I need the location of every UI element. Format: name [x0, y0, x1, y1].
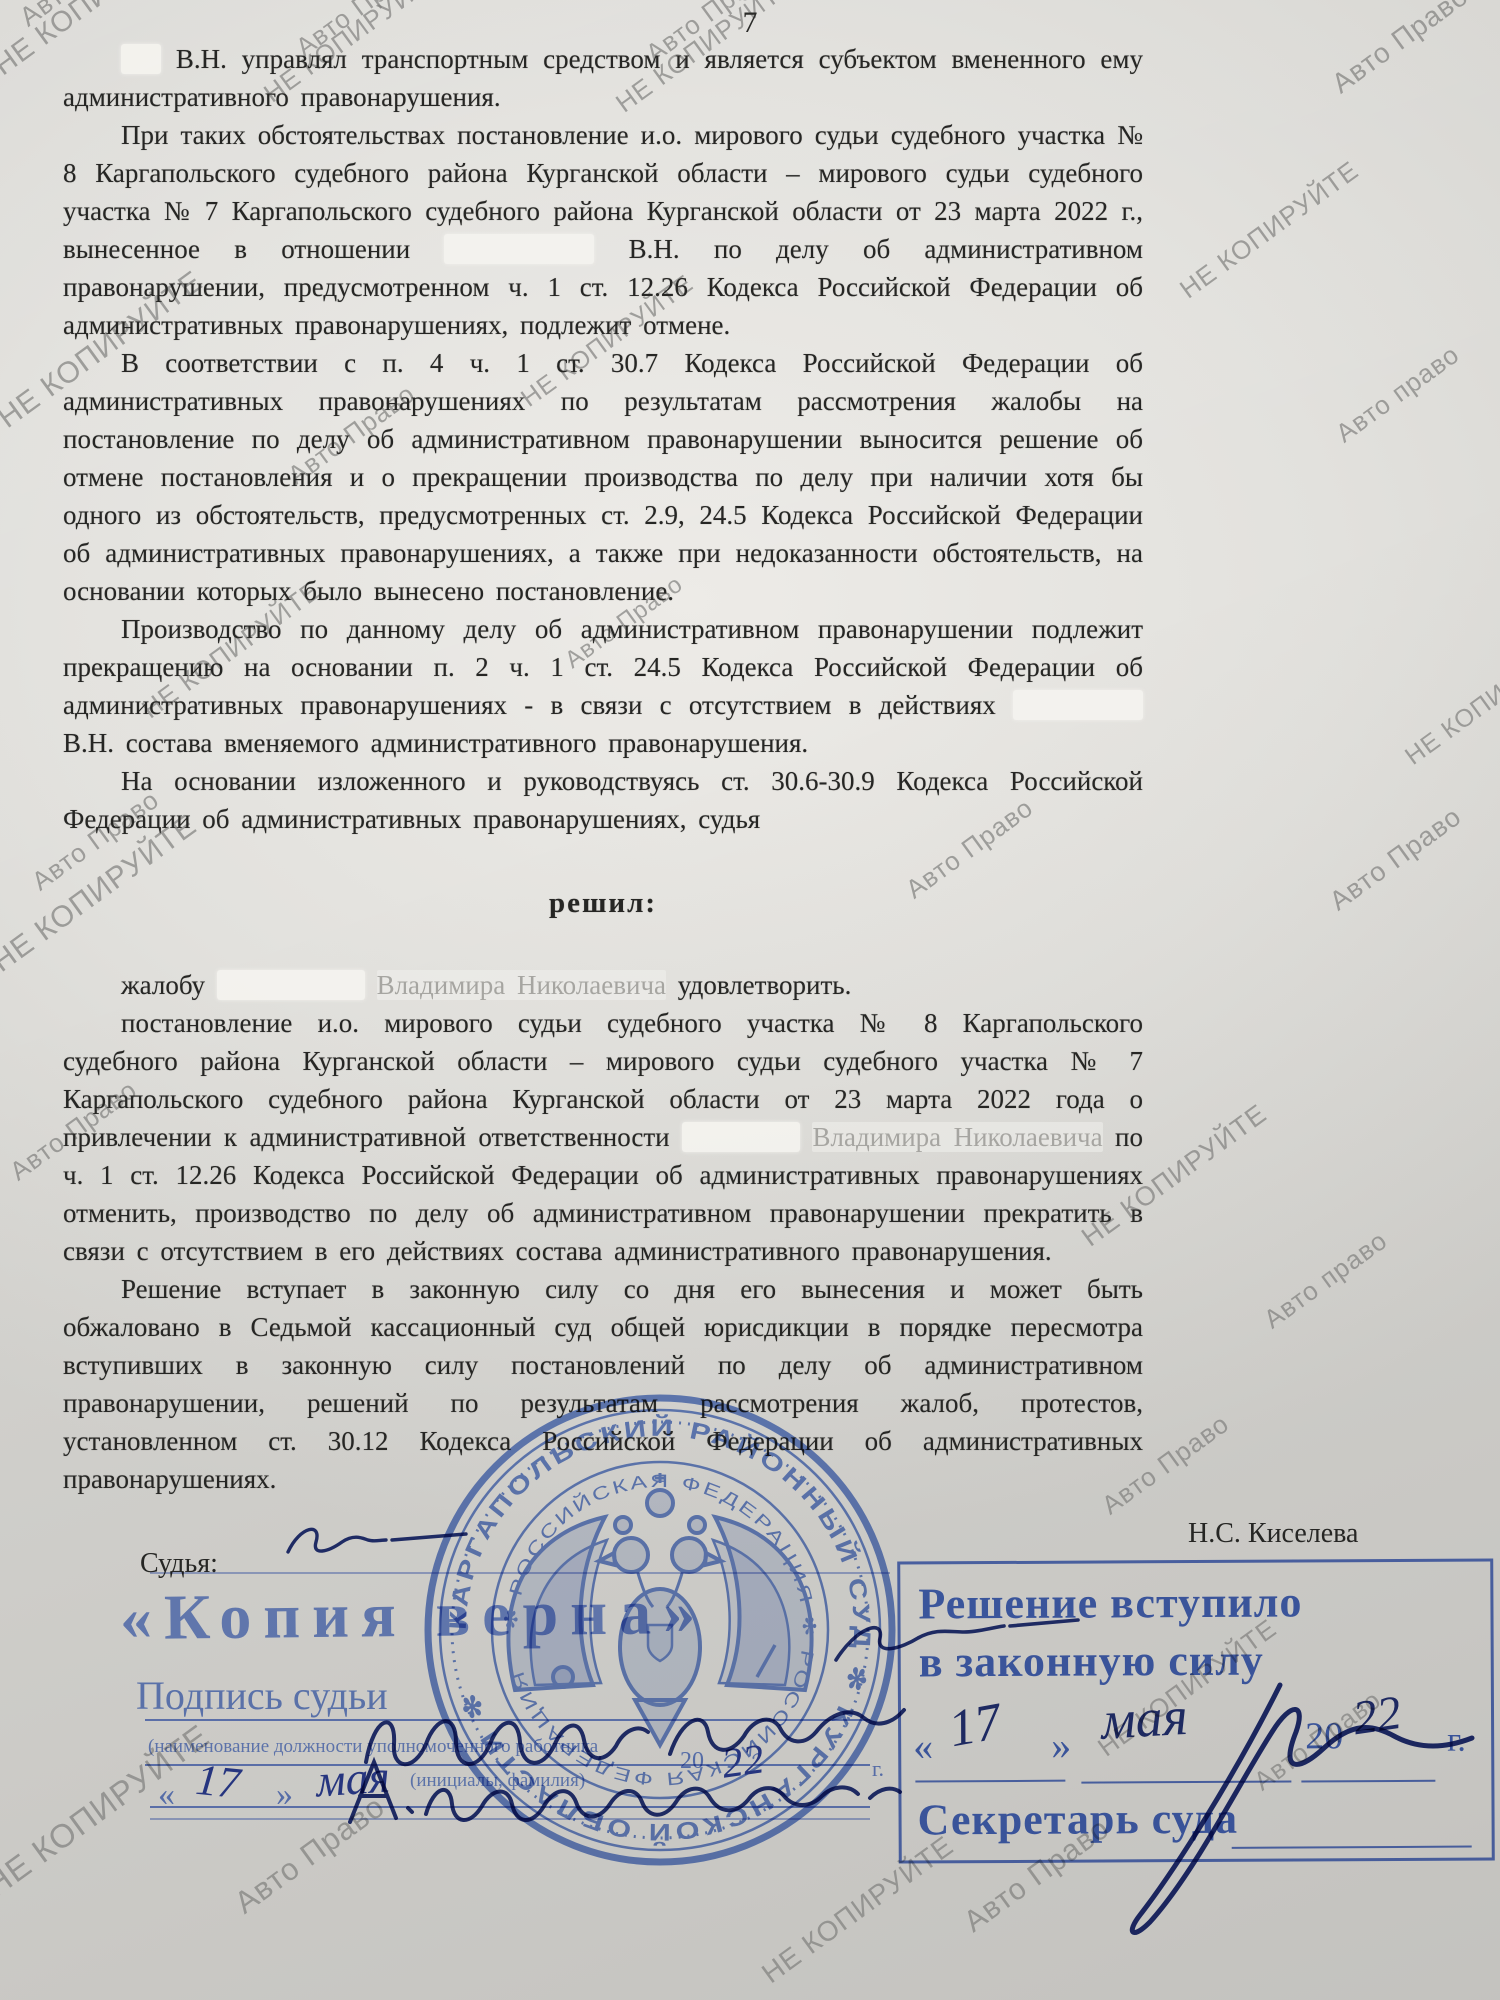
- redacted-name-faint: Владимира Николаевича: [812, 1122, 1102, 1152]
- text-segment: удовлетворить.: [678, 970, 852, 1000]
- copy-stamp-day-handwritten: 17: [193, 1754, 242, 1809]
- text-segment: жалобу: [121, 970, 205, 1000]
- text-segment: В.Н. состава вменяемого административног…: [63, 728, 808, 758]
- intro-paragraphs: В.Н. управлял транспортным средством и я…: [63, 40, 1143, 838]
- decision-stamp-open-quote: «: [913, 1722, 933, 1769]
- text-segment: В.Н. управлял транспортным средством и я…: [63, 44, 1143, 112]
- copy-stamp-top-line: [150, 1572, 890, 1574]
- text-segment: На основании изложенного и руководствуяс…: [63, 766, 1143, 834]
- copy-stamp-close-quote: »: [276, 1776, 293, 1814]
- decision-heading: решил:: [63, 884, 1143, 922]
- watermark-text: Авто право: [1258, 1225, 1393, 1335]
- scanned-court-decision: { "page_number": "7", "heading": "решил:…: [0, 0, 1500, 2000]
- watermark-text: Авто Право: [1324, 801, 1467, 917]
- paragraph: На основании изложенного и руководствуяс…: [63, 762, 1143, 838]
- copy-stamp-open-quote: «: [158, 1776, 175, 1814]
- redaction-whiteout: [444, 234, 594, 264]
- judge-name: Н.С. Киселева: [1188, 1518, 1358, 1550]
- copy-stamp-title: «Копия верна»: [120, 1575, 708, 1655]
- watermark-text: НЕ КОПИРУЙТЕ: [1174, 155, 1365, 305]
- paragraph: жалобу Владимира Николаевича удовлетвори…: [63, 966, 1143, 1004]
- redaction-whiteout: [217, 970, 365, 1000]
- redaction-whiteout: [121, 44, 161, 74]
- copy-stamp-signature-label: Подпись судьи: [136, 1672, 388, 1719]
- document-body: В.Н. управлял транспортным средством и я…: [63, 40, 1143, 1498]
- paragraph: постановление и.о. мирового судьи судебн…: [63, 1004, 1143, 1270]
- judge-label: Судья:: [140, 1548, 218, 1580]
- redaction-whiteout: [1013, 690, 1143, 720]
- text-segment: В соответствии с п. 4 ч. 1 ст. 30.7 Коде…: [63, 348, 1143, 606]
- redaction-whiteout: [682, 1122, 800, 1152]
- paragraph: В соответствии с п. 4 ч. 1 ст. 30.7 Коде…: [63, 344, 1143, 610]
- paragraph: В.Н. управлял транспортным средством и я…: [63, 40, 1143, 116]
- paragraph: Производство по данному делу об админист…: [63, 610, 1143, 762]
- redacted-name-faint: Владимира Николаевича: [377, 970, 666, 1000]
- text-segment: Производство по данному делу об админист…: [63, 614, 1143, 720]
- page-number: 7: [0, 6, 1500, 40]
- secretary-signature: [980, 1600, 1500, 2000]
- handwritten-initials-line: [330, 1744, 930, 1854]
- paragraph: При таких обстоятельствах постановление …: [63, 116, 1143, 344]
- watermark-text: НЕ КОПИРУЙТЕ: [1400, 627, 1500, 771]
- watermark-text: Авто право: [1330, 339, 1465, 449]
